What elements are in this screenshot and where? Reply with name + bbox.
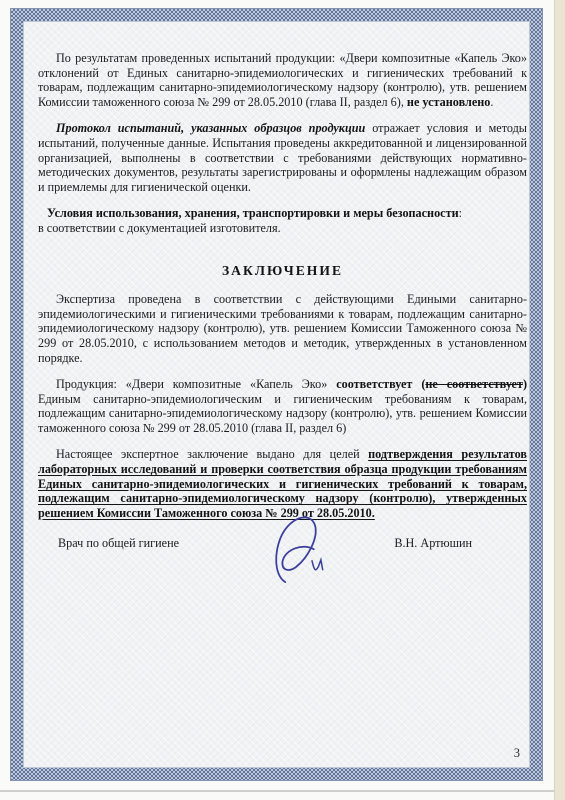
text-run-bold: не установлено	[407, 95, 490, 109]
paragraph-product-conformity: Продукция: «Двери композитные «Капель Эк…	[38, 377, 527, 435]
text-run: Настоящее экспертное заключение выдано д…	[56, 447, 368, 461]
signer-name: В.Н. Артюшин	[394, 536, 472, 551]
text-run-bold: соответствует	[336, 377, 421, 391]
paragraph-expertise: Экспертиза проведена в соответствии с де…	[38, 292, 527, 365]
signer-role: Врач по общей гигиене	[58, 536, 179, 551]
paragraph-conditions: Условия использования, хранения, транспо…	[38, 206, 527, 235]
signature-icon	[256, 508, 336, 594]
text-run: Единым санитарно-эпидемиологическим и ги…	[38, 392, 527, 435]
document-body: По результатам проведенных испытаний про…	[38, 51, 527, 551]
paper-area: По результатам проведенных испытаний про…	[23, 21, 530, 768]
conclusion-heading: ЗАКЛЮЧЕНИЕ	[38, 264, 527, 279]
signature-row: Врач по общей гигиене В.Н. Артюшин	[38, 536, 527, 551]
page-number: 3	[514, 746, 520, 761]
text-run-strikethrough: не соответствует	[425, 377, 523, 391]
text-run-bold-italic: Протокол испытаний, указанных образцов п…	[56, 121, 365, 135]
paragraph-test-results: По результатам проведенных испытаний про…	[38, 51, 527, 109]
text-run: .	[490, 95, 493, 109]
paren-close: )	[523, 377, 527, 391]
text-run: Продукция: «Двери композитные «Капель Эк…	[56, 377, 336, 391]
scan-right-edge	[554, 0, 565, 800]
text-run: :	[459, 206, 462, 220]
text-run: в соответствии с документацией изготовит…	[38, 221, 281, 235]
paragraph-protocol: Протокол испытаний, указанных образцов п…	[38, 121, 527, 194]
text-run-bold: Условия использования, хранения, транспо…	[47, 206, 459, 220]
scan-bottom-edge	[0, 790, 556, 792]
